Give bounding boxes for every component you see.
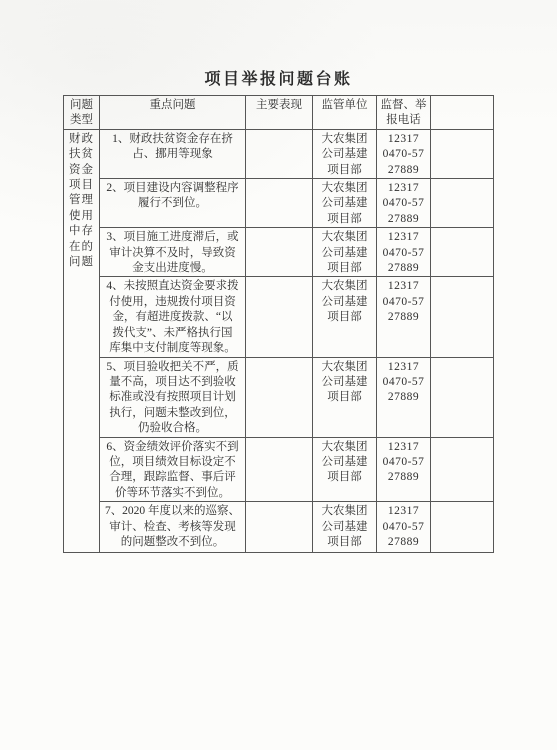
header-problem-type: 问题 类型 bbox=[64, 96, 100, 130]
unit-cell: 大农集团 公司基建 项目部 bbox=[313, 502, 377, 553]
table-row: 5、项目验收把关不严，质 量不高，项目达不到验收 标准或没有按照项目计划 执行，… bbox=[64, 357, 494, 437]
header-supervising-unit: 监管单位 bbox=[313, 96, 377, 130]
extra-cell bbox=[431, 277, 494, 357]
phone-cell: 12317 0470-57 27889 bbox=[377, 437, 431, 502]
expression-cell bbox=[246, 179, 313, 228]
extra-cell bbox=[431, 502, 494, 553]
unit-cell: 大农集团 公司基建 项目部 bbox=[313, 437, 377, 502]
extra-cell bbox=[431, 179, 494, 228]
phone-cell: 12317 0470-57 27889 bbox=[377, 179, 431, 228]
header-report-phone: 监督、举 报电话 bbox=[377, 96, 431, 130]
issue-cell: 6、资金绩效评价落实不到 位，项目绩效目标设定不 合理，跟踪监督、事后评 价等环… bbox=[100, 437, 246, 502]
table-header-row: 问题 类型 重点问题 主要表现 监管单位 监督、举 报电话 bbox=[64, 96, 494, 130]
unit-cell: 大农集团 公司基建 项目部 bbox=[313, 129, 377, 178]
issues-table: 问题 类型 重点问题 主要表现 监管单位 监督、举 报电话 财政 扶贫 资金 项… bbox=[63, 95, 494, 553]
extra-cell bbox=[431, 129, 494, 178]
unit-cell: 大农集团 公司基建 项目部 bbox=[313, 277, 377, 357]
table-row: 7、2020 年度以来的巡察、 审计、检查、考核等发现 的问题整改不到位。 大农… bbox=[64, 502, 494, 553]
extra-cell bbox=[431, 357, 494, 437]
table-row: 6、资金绩效评价落实不到 位，项目绩效目标设定不 合理，跟踪监督、事后评 价等环… bbox=[64, 437, 494, 502]
expression-cell bbox=[246, 437, 313, 502]
issue-cell: 4、未按照直达资金要求拨 付使用，违规拨付项目资 金，有超进度拨款、“以 拨代支… bbox=[100, 277, 246, 357]
phone-cell: 12317 0470-57 27889 bbox=[377, 502, 431, 553]
phone-cell: 12317 0470-57 27889 bbox=[377, 357, 431, 437]
extra-cell bbox=[431, 437, 494, 502]
expression-cell bbox=[246, 129, 313, 178]
unit-cell: 大农集团 公司基建 项目部 bbox=[313, 357, 377, 437]
page-title: 项目举报问题台账 bbox=[0, 66, 557, 89]
problem-type-cell: 财政 扶贫 资金 项目 管理 使用 中存 在的 问题 bbox=[64, 129, 100, 552]
expression-cell bbox=[246, 277, 313, 357]
phone-cell: 12317 0470-57 27889 bbox=[377, 129, 431, 178]
expression-cell bbox=[246, 228, 313, 277]
extra-cell bbox=[431, 228, 494, 277]
table-row: 财政 扶贫 资金 项目 管理 使用 中存 在的 问题 1、财政扶贫资金存在挤 占… bbox=[64, 129, 494, 178]
phone-cell: 12317 0470-57 27889 bbox=[377, 277, 431, 357]
issue-cell: 2、项目建设内容调整程序 履行不到位。 bbox=[100, 179, 246, 228]
header-key-issues: 重点问题 bbox=[100, 96, 246, 130]
issue-cell: 7、2020 年度以来的巡察、 审计、检查、考核等发现 的问题整改不到位。 bbox=[100, 502, 246, 553]
expression-cell bbox=[246, 357, 313, 437]
unit-cell: 大农集团 公司基建 项目部 bbox=[313, 179, 377, 228]
header-main-expression: 主要表现 bbox=[246, 96, 313, 130]
table-row: 4、未按照直达资金要求拨 付使用，违规拨付项目资 金，有超进度拨款、“以 拨代支… bbox=[64, 277, 494, 357]
unit-cell: 大农集团 公司基建 项目部 bbox=[313, 228, 377, 277]
phone-cell: 12317 0470-57 27889 bbox=[377, 228, 431, 277]
expression-cell bbox=[246, 502, 313, 553]
table-row: 3、项目施工进度滞后，或 审计决算不及时，导致资 金支出进度慢。 大农集团 公司… bbox=[64, 228, 494, 277]
issue-cell: 3、项目施工进度滞后，或 审计决算不及时，导致资 金支出进度慢。 bbox=[100, 228, 246, 277]
table-row: 2、项目建设内容调整程序 履行不到位。 大农集团 公司基建 项目部 12317 … bbox=[64, 179, 494, 228]
issue-cell: 5、项目验收把关不严，质 量不高，项目达不到验收 标准或没有按照项目计划 执行，… bbox=[100, 357, 246, 437]
header-extra bbox=[431, 96, 494, 130]
issue-cell: 1、财政扶贫资金存在挤 占、挪用等现象 bbox=[100, 129, 246, 178]
